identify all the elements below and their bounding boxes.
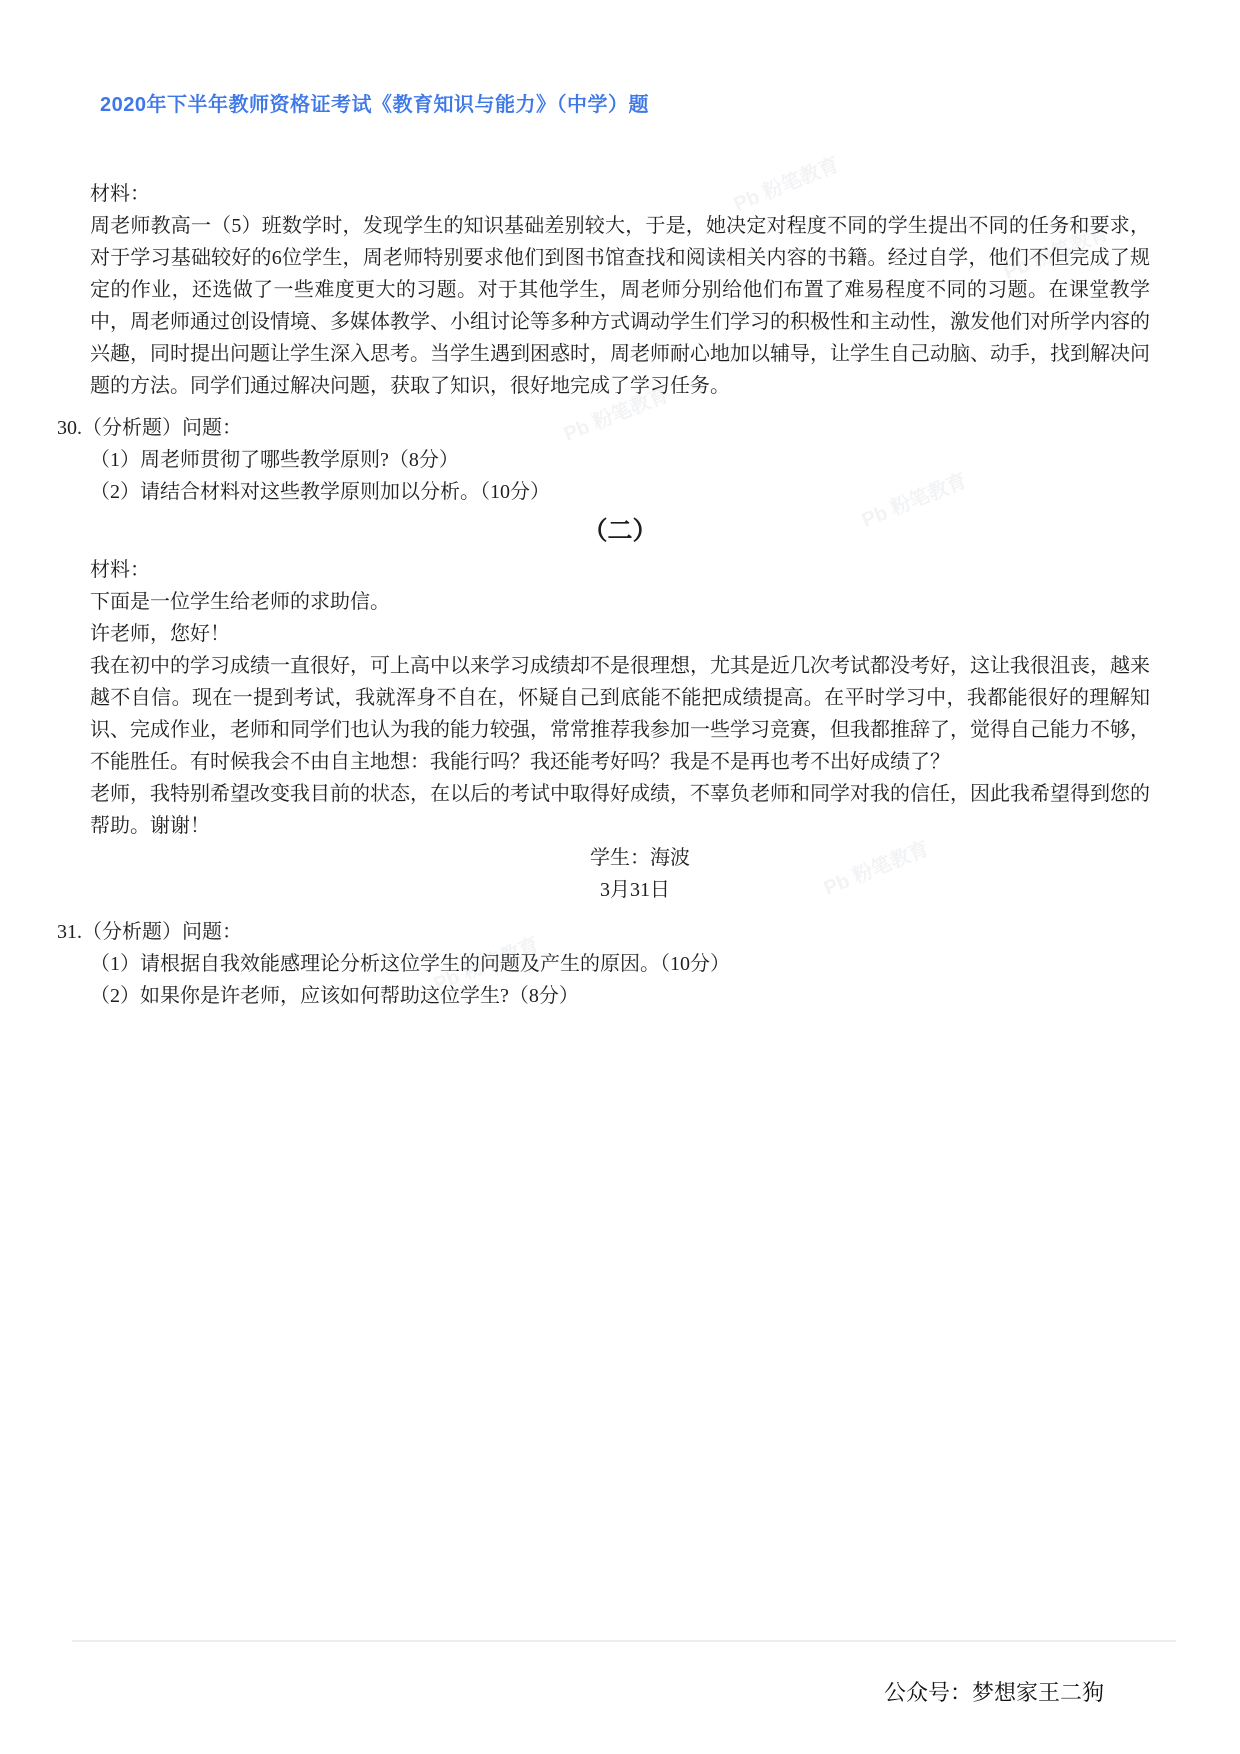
- document-page: 2020年下半年教师资格证考试《教育知识与能力》（中学）题 材料： 周老师教高一…: [0, 0, 1240, 1754]
- question-31-number: 31.: [57, 921, 82, 943]
- question-31-head-label: （分析题）问题：: [82, 921, 242, 943]
- letter-signature: 学生：海波: [90, 842, 1150, 874]
- question-31-item-2: （2）如果你是许老师，应该如何帮助这位学生?（8分）: [90, 980, 1150, 1012]
- letter-intro: 下面是一位学生给老师的求助信。: [90, 586, 1150, 618]
- question-31-head: 31.（分析题）问题：: [57, 916, 1150, 948]
- question-30-head: 30.（分析题）问题：: [57, 412, 1150, 444]
- question-30-number: 30.: [57, 417, 82, 439]
- letter-date: 3月31日: [90, 874, 1150, 906]
- question-30-head-label: （分析题）问题：: [82, 417, 242, 439]
- material-label-1: 材料：: [90, 178, 1150, 210]
- section-two-heading: （二）: [90, 512, 1150, 552]
- question-30-item-2: （2）请结合材料对这些教学原则加以分析。（10分）: [90, 476, 1150, 508]
- footer-divider: [72, 1640, 1176, 1642]
- footer-account-text: 公众号：梦想家王二狗: [884, 1676, 1104, 1707]
- question-31: 31.（分析题）问题： （1）请根据自我效能感理论分析这位学生的问题及产生的原因…: [90, 916, 1150, 1012]
- letter-salutation: 许老师，您好！: [90, 618, 1150, 650]
- letter-body: 我在初中的学习成绩一直很好，可上高中以来学习成绩却不是很理想，尤其是近几次考试都…: [90, 650, 1150, 778]
- question-30-item-1: （1）周老师贯彻了哪些教学原则?（8分）: [90, 444, 1150, 476]
- question-30: 30.（分析题）问题： （1）周老师贯彻了哪些教学原则?（8分） （2）请结合材…: [90, 412, 1150, 508]
- question-31-item-1: （1）请根据自我效能感理论分析这位学生的问题及产生的原因。（10分）: [90, 948, 1150, 980]
- letter-closing: 老师，我特别希望改变我目前的状态，在以后的考试中取得好成绩，不辜负老师和同学对我…: [90, 778, 1150, 842]
- document-body: 材料： 周老师教高一（5）班数学时，发现学生的知识基础差别较大，于是，她决定对程…: [90, 178, 1150, 1012]
- page-title: 2020年下半年教师资格证考试《教育知识与能力》（中学）题: [100, 88, 649, 117]
- material-paragraph-1: 周老师教高一（5）班数学时，发现学生的知识基础差别较大，于是，她决定对程度不同的…: [90, 210, 1150, 402]
- material-label-2: 材料：: [90, 554, 1150, 586]
